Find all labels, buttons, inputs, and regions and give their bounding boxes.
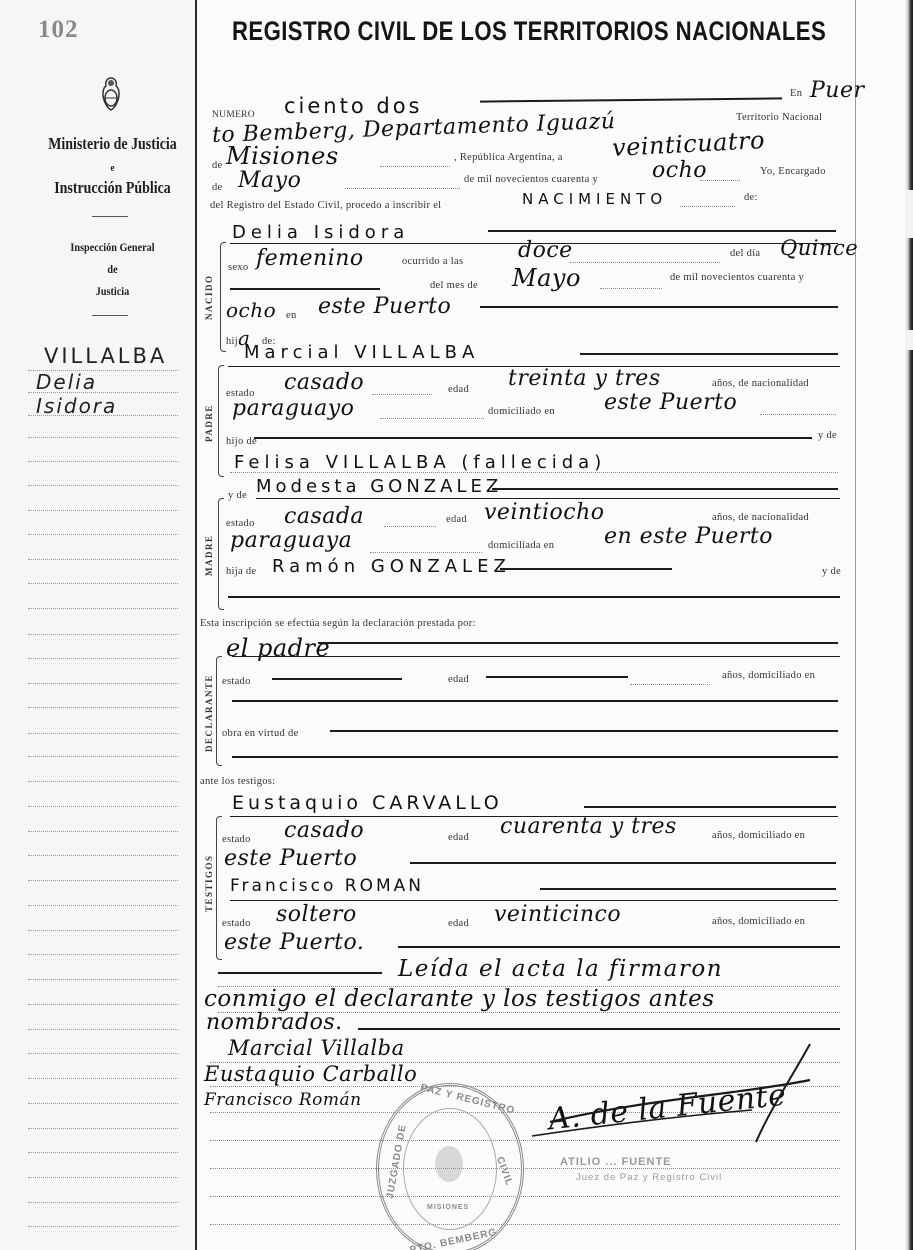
stub-dotted-line	[28, 634, 178, 635]
fill-line	[318, 642, 838, 644]
dotted-line	[210, 1196, 840, 1197]
section-bracket	[218, 365, 224, 477]
form-right-border	[855, 0, 856, 1250]
signature-2: Eustaquio Carballo	[204, 1062, 417, 1086]
stub-dotted-line	[28, 1004, 178, 1005]
edad-label: edad	[448, 918, 469, 929]
edad-label: edad	[448, 384, 469, 395]
fill-line	[486, 676, 628, 678]
mes-value: Mayo	[512, 264, 581, 292]
fill-line	[232, 656, 840, 657]
dotted-line	[372, 394, 432, 395]
divider	[92, 216, 128, 217]
inspection-line-2: de	[42, 262, 182, 277]
stub-dotted-line	[28, 1078, 178, 1079]
fill-line	[272, 678, 402, 680]
stub-dotted-line	[28, 733, 178, 734]
lugar-value: este Puerto	[318, 294, 451, 319]
dotted-line	[630, 684, 710, 685]
witness2-estado: soltero	[276, 902, 357, 927]
closing-line-3: nombrados.	[206, 1010, 343, 1035]
edad-label: edad	[446, 514, 467, 525]
stub-dotted-line	[28, 683, 178, 684]
stub-dotted-line	[28, 1103, 178, 1104]
father-parent: Felisa VILLALBA (fallecida)	[234, 452, 606, 473]
page-edge-gap	[905, 190, 913, 238]
nacionalidad-label: años, de nacionalidad	[712, 378, 809, 389]
edad-label: edad	[448, 832, 469, 843]
dotted-line	[380, 166, 450, 167]
folio-number: 102	[38, 16, 79, 44]
y-de-label: y de	[818, 430, 837, 441]
stub-dotted-line	[28, 1202, 178, 1203]
fill-line	[256, 498, 840, 499]
ministry-line-3: Instrucción Pública	[45, 178, 180, 198]
ministry-line-2: e	[45, 162, 180, 174]
hijo-de-label: hijo de	[226, 436, 257, 447]
de3-label: de:	[744, 192, 758, 203]
anio-value: ocho	[226, 298, 276, 322]
stamp-right-text: CIVIL	[494, 1155, 515, 1187]
stub-dotted-line	[28, 534, 178, 535]
witness1-domicilio: este Puerto	[224, 846, 357, 871]
stub-dotted-line	[28, 954, 178, 955]
stub-surname: VILLALBA	[44, 344, 167, 368]
witness1-name: Eustaquio CARVALLO	[232, 792, 503, 814]
fill-line	[228, 596, 840, 598]
father-name: Marcial VILLALBA	[244, 342, 479, 363]
year-value: ocho	[652, 158, 707, 183]
hora-value: doce	[518, 238, 573, 263]
fill-line	[410, 862, 836, 864]
fill-line	[330, 730, 838, 732]
stub-dotted-line	[28, 1128, 178, 1129]
mother-parent: Ramón GONZALEZ	[272, 556, 511, 577]
territory-value: Misiones	[226, 142, 339, 170]
dotted-line	[370, 552, 482, 553]
section-bracket	[216, 656, 222, 766]
domicilio-label: años, domiciliado en	[712, 916, 805, 927]
section-label-declarante: DECLARANTE	[204, 674, 214, 752]
ministry-line-1: Ministerio de Justicia	[45, 134, 180, 154]
del-dia-label: del día	[730, 248, 760, 259]
stamp-emblem-icon	[431, 1138, 467, 1186]
stub-dotted-line	[28, 1053, 178, 1054]
republica-label: , República Argentina, a	[454, 152, 563, 163]
stub-dotted-line	[28, 1226, 178, 1227]
en-value: Puer	[810, 78, 865, 103]
fill-line	[358, 1028, 840, 1030]
fill-line	[232, 700, 838, 702]
dotted-line	[600, 288, 662, 289]
dotted-line	[380, 418, 484, 419]
fill-line	[398, 946, 840, 948]
territorio-label: Territorio Nacional	[736, 112, 822, 123]
y-de2-label: y de	[822, 566, 841, 577]
estado-label: estado	[222, 676, 251, 687]
section-label-testigos: TESTIGOS	[204, 854, 214, 912]
dotted-line	[210, 1224, 840, 1225]
witness2-edad: veinticinco	[494, 902, 621, 927]
dotted-line	[230, 472, 838, 473]
dotted-line	[210, 1168, 840, 1169]
stub-dotted-line	[28, 1152, 178, 1153]
act-type: NACIMIENTO	[522, 190, 667, 208]
stub-dotted-line	[28, 485, 178, 486]
coat-of-arms-icon	[99, 76, 123, 112]
stub-border	[195, 0, 197, 1250]
father-domicilio: este Puerto	[604, 390, 737, 415]
testigos-intro: ante los testigos:	[200, 776, 275, 787]
official-stamp: PAZ Y REGISTRO JUZGADO DE CIVIL PTO. BEM…	[376, 1083, 524, 1250]
stub-dotted-line	[28, 370, 178, 371]
closing-line-1: Leída el acta la firmaron	[398, 956, 723, 982]
declarante-intro: Esta inscripción se efectúa según la dec…	[200, 618, 476, 629]
father-estado: casado	[284, 370, 364, 395]
month-value: Mayo	[238, 168, 301, 193]
closing-line-2: conmigo el declarante y los testigos ant…	[204, 986, 715, 1012]
stub-dotted-line	[28, 392, 178, 393]
inspection-line-1: Inspección General	[42, 240, 182, 255]
stub-dotted-line	[28, 979, 178, 980]
fill-line	[580, 353, 838, 355]
numero-value: ciento dos	[284, 94, 423, 118]
registro-label: del Registro del Estado Civil, procedo a…	[210, 200, 441, 211]
stub-dotted-line	[28, 756, 178, 757]
stub-dotted-line	[28, 1177, 178, 1178]
stub-dotted-line	[28, 781, 178, 782]
mother-estado: casada	[284, 504, 364, 529]
inspection-line-3: Justicia	[42, 284, 182, 299]
fill-line	[218, 972, 382, 974]
stub-dotted-line	[28, 559, 178, 560]
dotted-line	[680, 206, 735, 207]
divider	[92, 315, 128, 316]
en-label: en	[286, 310, 297, 321]
fill-line	[488, 230, 836, 232]
page-edge-gap	[905, 330, 913, 350]
fill-line	[584, 806, 836, 808]
signature-flourish-icon	[520, 1040, 840, 1150]
domicilio-label: años, domiciliado en	[712, 830, 805, 841]
mother-edad: veintiocho	[484, 500, 605, 525]
sexo-value: femenino	[256, 246, 364, 271]
numero-label: NUMERO	[212, 110, 255, 120]
day-value: veinticuatro	[611, 126, 765, 162]
section-label-padre: PADRE	[204, 404, 214, 442]
child-name: Delia Isidora	[232, 222, 409, 243]
witness1-estado: casado	[284, 818, 364, 843]
stub-dotted-line	[28, 415, 178, 416]
stub-dotted-line	[28, 707, 178, 708]
fill-line	[480, 97, 782, 102]
domicilio-label: domiciliada en	[488, 540, 554, 551]
page-edge	[905, 0, 913, 1250]
stub-column: 102 Ministerio de Justicia e Instrucción…	[0, 0, 198, 1250]
dotted-line	[345, 188, 460, 189]
stub-dotted-line	[28, 510, 178, 511]
stamp-center-text: MISIONES	[427, 1204, 469, 1211]
stub-dotted-line	[28, 583, 178, 584]
encargado-label: Yo, Encargado	[760, 166, 826, 177]
sexo-label: sexo	[228, 262, 248, 273]
witness2-name: Francisco ROMAN	[230, 876, 424, 896]
signature-1: Marcial Villalba	[228, 1036, 405, 1060]
de-label: de	[212, 160, 223, 171]
de2-label: de	[212, 182, 223, 193]
father-nacionalidad: paraguayo	[232, 396, 354, 421]
estado-label: estado	[222, 834, 251, 845]
fill-line	[232, 756, 838, 758]
obra-label: obra en virtud de	[222, 728, 299, 739]
witness2-domicilio: este Puerto.	[224, 930, 364, 955]
document-page: 102 Ministerio de Justicia e Instrucción…	[0, 0, 913, 1250]
section-bracket	[218, 498, 224, 610]
estado-label: estado	[222, 918, 251, 929]
stub-dotted-line	[28, 608, 178, 609]
fill-line	[480, 306, 838, 308]
stub-dotted-line	[28, 855, 178, 856]
domicilio-label: años, domiciliado en	[722, 670, 815, 681]
dotted-line	[700, 180, 740, 181]
y-de-label: y de	[228, 490, 247, 501]
dia-value: Quince	[780, 236, 858, 260]
mother-name: Modesta GONZALEZ	[256, 476, 502, 497]
stub-dotted-line	[28, 880, 178, 881]
fill-line	[492, 488, 838, 490]
section-label-nacido: NACIDO	[204, 274, 214, 320]
declarante-name: el padre	[226, 634, 330, 662]
stub-first-name: Delia	[36, 370, 97, 394]
dotted-line	[384, 526, 436, 527]
stub-dotted-line	[28, 461, 178, 462]
en-label: En	[790, 88, 802, 99]
stamp-bottom-text: PTO. BEMBERG	[409, 1227, 498, 1250]
stub-dotted-line	[28, 1029, 178, 1030]
domicilio-label: domiciliado en	[488, 406, 555, 417]
hija-de-label: hija de	[226, 566, 256, 577]
page-title: REGISTRO CIVIL DE LOS TERRITORIOS NACION…	[232, 16, 826, 47]
mes-label: del mes de	[430, 280, 478, 291]
mother-nacionalidad: paraguaya	[230, 528, 352, 553]
section-label-madre: MADRE	[204, 535, 214, 577]
signature-3: Francisco Román	[204, 1090, 362, 1110]
stub-dotted-line	[28, 831, 178, 832]
edad-label: edad	[448, 674, 469, 685]
official-title: Juez de Paz y Registro Civil	[576, 1172, 722, 1183]
stub-dotted-line	[28, 905, 178, 906]
year-label: de mil novecientos cuarenta y	[464, 174, 598, 185]
father-edad: treinta y tres	[508, 366, 661, 391]
ocurrido-label: ocurrido a las	[402, 256, 463, 267]
fill-line	[230, 288, 380, 290]
fill-line	[540, 888, 836, 890]
witness1-edad: cuarenta y tres	[500, 814, 677, 839]
stub-dotted-line	[28, 806, 178, 807]
anio-label: de mil novecientos cuarenta y	[670, 272, 804, 283]
official-name: ATILIO ... FUENTE	[560, 1156, 672, 1168]
dotted-line	[760, 414, 836, 415]
stub-dotted-line	[28, 930, 178, 931]
mother-domicilio: en este Puerto	[604, 524, 773, 549]
stub-dotted-line	[28, 658, 178, 659]
stub-dotted-line	[28, 437, 178, 438]
hijo-label: hij	[226, 336, 238, 347]
fill-line	[500, 568, 672, 570]
dotted-line	[570, 262, 720, 263]
fill-line	[230, 900, 838, 901]
nacionalidad-label: años, de nacionalidad	[712, 512, 809, 523]
fill-line	[254, 437, 812, 439]
